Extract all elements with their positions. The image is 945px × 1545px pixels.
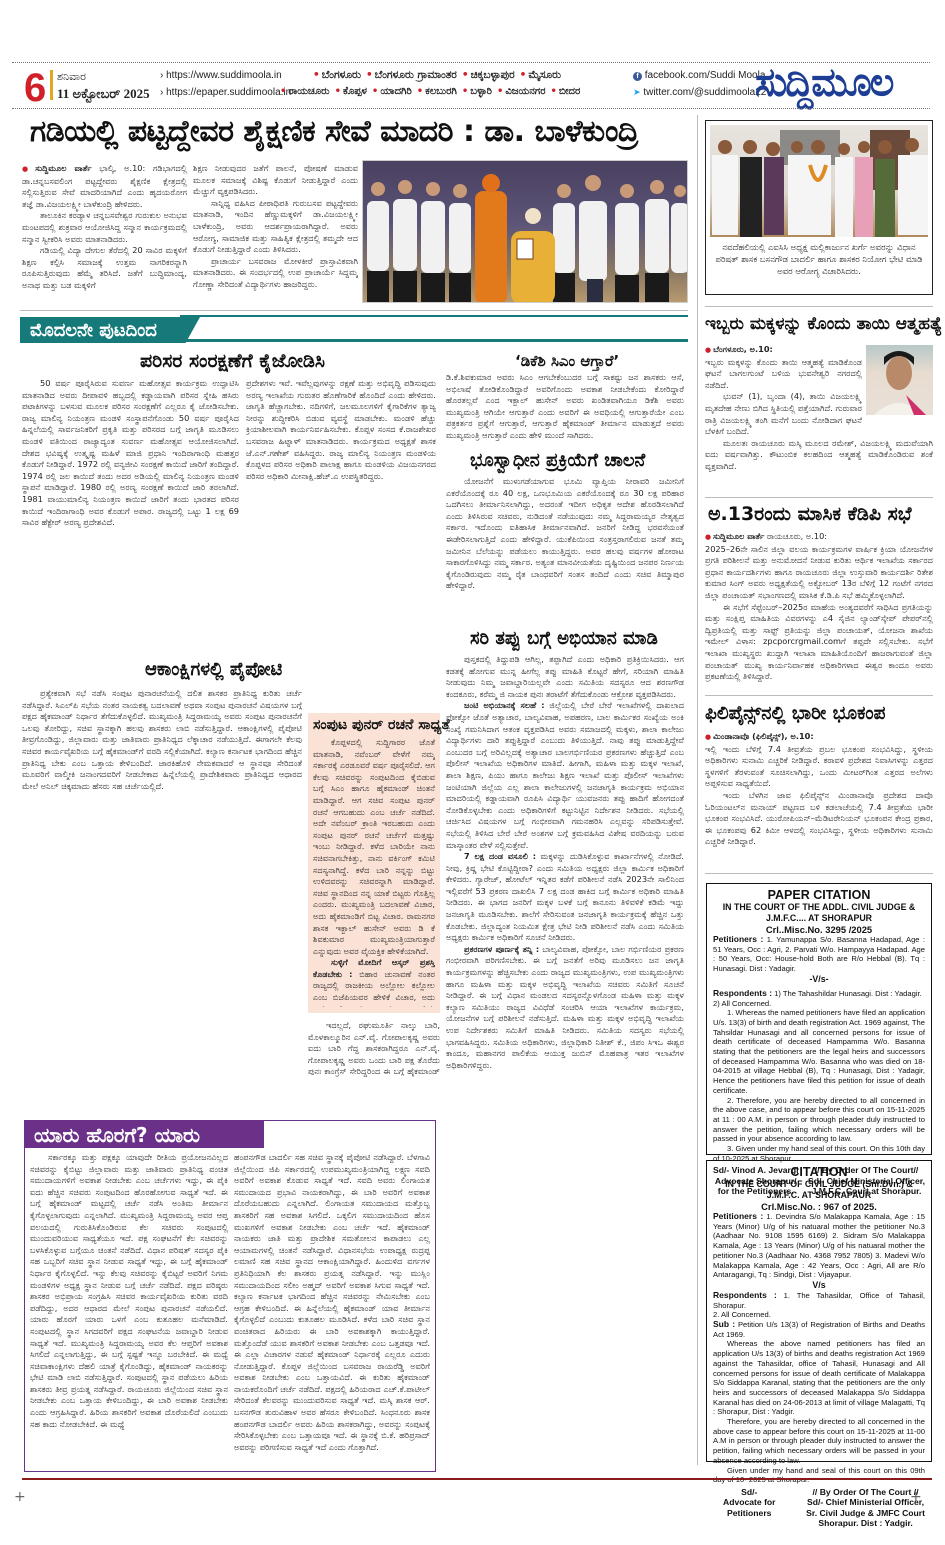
bhusvadhina-body: ಯೋಜನೆಗೆ ಮುಳುಗಡೆಯಾಗುವ ಭೂಮಿ ವ್ಯಾಪ್ತಿಯ ನೀರಾ… [446,476,684,604]
day-label: ಶನಿವಾರ [57,70,86,84]
edition-item[interactable]: ಮೈಸೂರು [520,69,561,81]
footer-rule [22,1478,932,1480]
bhusvadhina-headline: ಭೂಸ್ವಾಧೀನ ಪ್ರಕ್ರಿಯೆಗೆ ಚಾಲನೆ [470,450,645,471]
samputa-box: ಸಂಪುಟ ಪುನರ್ ರಚನೆ ಸಾಧ್ಯತೆ ಕೊಪ್ಪಳದಲ್ಲಿ ಸುದ… [308,713,440,1013]
edition-item[interactable]: ಬೀದರ [550,86,580,97]
date-label: 11 ಅಕ್ಟೋಬರ್ 2025 [57,86,150,102]
signature-advocate: Sd/- Advocate for Petitioners [713,1487,776,1529]
rule [705,306,933,307]
crop-mark-icon: + [910,1490,922,1504]
edition-item[interactable]: ಬಳ್ಳಾರಿ [462,86,492,97]
facebook-link[interactable]: f facebook.com/Suddi Moola [633,70,765,81]
quake-dateline: ಮಿಂಡಾನಾವೊ (ಫಿಲಿಪೈನ್ಸ್), ಅ.10: [705,731,814,741]
rule [705,873,933,874]
mother-dateline: ಬೆಂಗಳೂರು, ಅ.10: [705,344,773,354]
lead-bottom-rule [20,310,688,311]
date-divider [50,70,53,100]
edition-item[interactable]: ಬೆಂಗಳೂರು ಗ್ರಾಮಾಂತರ [366,69,457,81]
citation-court: IN THE COURT OF THE ADDL. CIVIL JUDGE & … [713,902,925,924]
group-photo-illustration [363,161,688,303]
twitter-link[interactable]: ➤ twitter.com/@suddimoola22 [633,87,766,98]
citation-title: PAPER CITATION [713,888,925,902]
yaru-col-2: ಹಂಪನಗೌಡ ಬಾದರ್ಲಿ ಸಹ ಸಚಿವ ಸ್ಥಾನಕ್ಕೆ ಪೈಪೋಟಿ… [234,1152,430,1467]
kdp-dateline: ಸುದ್ದಿಮೂಲ ವಾರ್ತೆ [705,531,764,541]
masthead-bottom-rule [12,108,930,109]
facebook-icon: f [633,72,642,81]
mother-story-headline: ಇಬ್ಬರು ಮಕ್ಕಳನ್ನು ಕೊಂದು ತಾಯಿ ಆತ್ಮಹತ್ಯೆ [705,314,942,334]
sari-tappu-body: ಪುಸ್ತಕದಲ್ಲಿ ತಿದ್ದುಪಡಿ ಆಗಿಲ್ಲ, ತಪ್ಪಾಗಿದೆ … [446,654,684,1444]
section-teal-top-rule [180,315,688,317]
edition-item[interactable]: ಚಿಕ್ಕಬಳ್ಳಾಪುರ [462,69,515,81]
crop-mark-icon: + [14,1490,26,1504]
photo-box-kharge: ನವದೆಹಲಿಯಲ್ಲಿ ಎಐಸಿಸಿ ಅಧ್ಯಕ್ಷ ಮಲ್ಲಿಕಾರ್ಜುನ… [705,120,933,295]
citation-notice-2: CITATION IN THE COURT OF CIVIL JUDGE (Sn… [706,1160,932,1462]
edition-item[interactable]: ಯಾದಗಿರಿ [372,86,412,97]
parisara-col-2: ಪ್ರದೇಶಗಳು ಇವೆ. ಇವೆಲ್ಲವುಗಳನ್ನು ರಕ್ಷಣೆ ಮತ್… [246,378,436,650]
edition-item[interactable]: ಕೊಪ್ಪಳ [335,86,367,97]
right-column-divider [697,115,698,1465]
newspaper-logo[interactable]: ಸುದ್ದಿಮೂಲ [755,59,892,106]
samputa-after-body: ಇದಲ್ಲದೆ, ರಘುಮೂರ್ತಿ ನಾಲ್ಕು ಬಾರಿ, ಮೊಳಕಾಲ್ಮ… [308,1020,440,1080]
samputa-body: ಕೊಪ್ಪಳದಲ್ಲಿ ಸುದ್ದಿಗಾರರ ಜೊತೆ ಮಾತನಾಡಿ, ನವೆ… [313,737,435,1007]
edition-item[interactable]: ರಾಯಚೂರು [280,86,330,97]
citation-title: CITATION [713,1165,925,1179]
editions-row-2: ರಾಯಚೂರುಕೊಪ್ಪಳಯಾದಗಿರಿಕಲಬುರಗಿಬಳ್ಳಾರಿವಿಜಯನಗ… [280,86,585,97]
akanksha-headline: ಆಕಾಂಕ್ಷಿಗಳಲ್ಲಿ ಪೈಪೋಟಿ [145,659,282,680]
parisara-col-1: 50 ವರ್ಷ ಪೂರೈಸಿರುವ ಸುವರ್ಣ ಮಹೋತ್ಸವ ಕಾರ್ಯಕ್… [22,378,239,650]
editions-row-1: ಬೆಂಗಳೂರುಬೆಂಗಳೂರು ಗ್ರಾಮಾಂತರಚಿಕ್ಕಬಳ್ಳಾಪುರಮ… [313,69,566,82]
rule [705,695,933,696]
section-teal-rule [20,339,688,342]
signature-court: // By Order Of The Court // Sd/- Chief M… [806,1487,925,1529]
lead-body-col-2: ಶಿಕ್ಷಣ ನೀಡುವುದರ ಜತೆಗೆ ಪಾಲನೆ, ಪೋಷಣೆ ಮಾಡುವ… [193,163,358,305]
delegation-photo-illustration [710,125,928,237]
edition-item[interactable]: ಕಲಬುರಗಿ [417,86,457,97]
website-link[interactable]: › https://www.suddimoola.in [160,70,282,81]
lead-dateline: ಸುದ್ದಿಮೂಲ ವಾರ್ತೆ [22,163,92,173]
rule [705,497,933,498]
lead-headline: ಗಡಿಯಲ್ಲಿ ಪಟ್ಟದ್ದೇವರ ಶೈಕ್ಷಣಿಕ ಸೇವೆ ಮಾದರಿ … [30,114,638,149]
kdp-story-body: ಸುದ್ದಿಮೂಲ ವಾರ್ತೆ ರಾಯಚೂರು, ಅ.10: 2025–26ನ… [705,531,933,711]
kharge-caption: ನವದೆಹಲಿಯಲ್ಲಿ ಎಐಸಿಸಿ ಅಧ್ಯಕ್ಷ ಮಲ್ಲಿಕಾರ್ಜುನ… [710,242,928,278]
parisara-headline: ಪರಿಸರ ಸಂರಕ್ಷಣೆಗೆ ಕೈಜೋಡಿಸಿ [140,350,325,372]
edition-item[interactable]: ವಿಜಯನಗರ [497,86,546,97]
page-number: 6 [24,68,46,108]
paper-citation-notice-1: PAPER CITATION IN THE COURT OF THE ADDL.… [706,883,932,1155]
akanksha-body: ಪ್ರತ್ಯೇಕವಾಗಿ ಸಭೆ ನಡೆಸಿ ಸಂಪುಟ ಪುನಾರಚನೆಯಲ್… [22,688,302,1080]
epaper-link[interactable]: › https://epaper.suddimoola.in [160,87,291,98]
kdp-headline: ಅ.13ರಂದು ಮಾಸಿಕ ಕೆಡಿಪಿ ಸಭೆ [708,503,912,525]
dk-headline: ‘ಡಿಕೆಶಿ ಸಿಎಂ ಆಗ್ತಾರೆ’ [515,352,619,370]
edition-item[interactable]: ಬೆಂಗಳೂರು [313,69,361,81]
lead-photo-students [362,160,688,303]
kharge-photo [710,125,928,237]
twitter-icon: ➤ [633,87,641,97]
yaru-col-1: ಸರ್ಕಾರಕ್ಕೂ ಮತ್ತು ಪಕ್ಷಕ್ಕೂ ಯಾವುದೇ ರೀತಿಯ ಪ… [30,1152,228,1467]
sari-tappu-headline: ಸರಿ ತಪ್ಪು ಬಗ್ಗೆ ಅಭಿಯಾನ ಮಾಡಿ [470,628,658,649]
quake-story-body: ಮಿಂಡಾನಾವೊ (ಫಿಲಿಪೈನ್ಸ್), ಅ.10: ಇಲ್ಲಿ ಇಂದು… [705,731,933,855]
lead-body-col-1: ಸುದ್ದಿಮೂಲ ವಾರ್ತೆ ಭಾಲ್ಕಿ, ಅ.10: ಗಡಿಭಾಗದಲ್… [22,163,187,305]
citation-signatures: Sd/- Advocate for Petitioners // By Orde… [713,1487,925,1529]
quake-headline: ಫಿಲಿಪೈನ್ಸ್‌ನಲ್ಲಿ ಭಾರೀ ಭೂಕಂಪ [705,703,885,724]
samputa-headline: ಸಂಪುಟ ಪುನರ್ ರಚನೆ ಸಾಧ್ಯತೆ [313,717,435,733]
citation-court: IN THE COURT OF CIVIL JUDGE (Snr.Dvn.) &… [713,1179,925,1201]
dk-body: ಡಿ.ಕೆ.ಶಿವಕುಮಾರ ಅವರು ಸಿಎಂ ಆಗಬೇಕೆಂಬುದರ ಬಗ್… [446,372,684,442]
mother-story-body: ಬೆಂಗಳೂರು, ಅ.10: ಇಬ್ಬರು ಮಕ್ಕಳನ್ನು ಕೊಂದು ತ… [705,344,933,494]
